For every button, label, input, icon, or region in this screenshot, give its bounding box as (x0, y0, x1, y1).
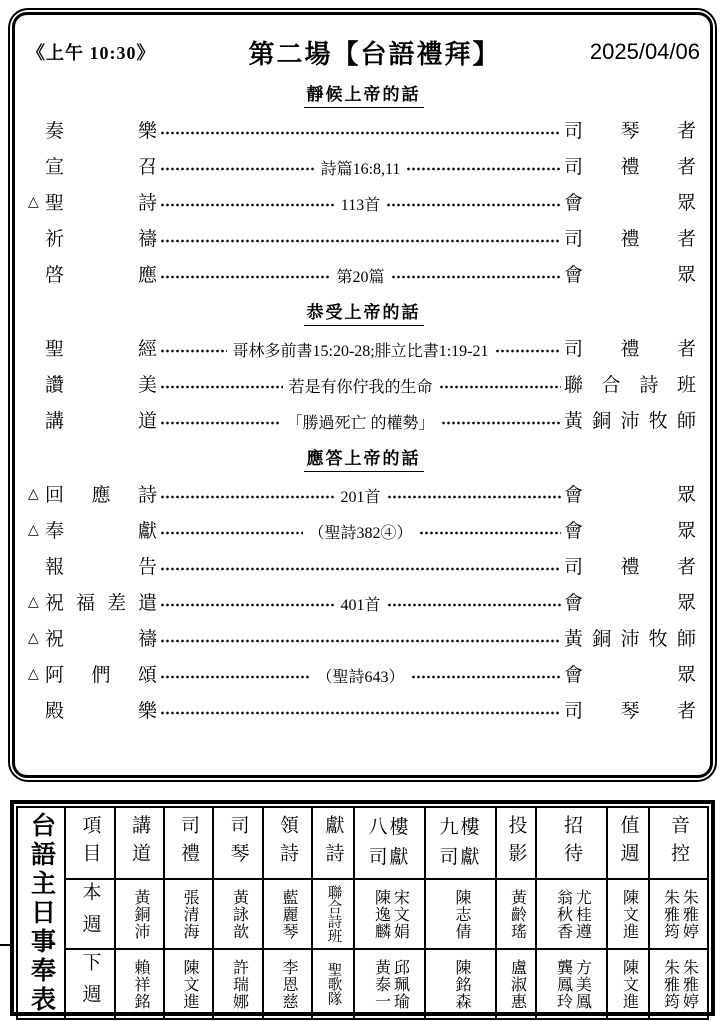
program-item-role: 司禮者 (564, 340, 696, 359)
program-item-name: △奉獻 (45, 522, 157, 541)
program-line: △阿們頌 （聖詩643） 會眾 (27, 657, 700, 693)
program-line: △聖詩 113首 會眾 (27, 185, 700, 221)
program-line: 聖經 哥林多前書15:20-28;腓立比書1:19-21 司禮者 (27, 331, 700, 367)
program-item-detail: （聖詩382④） (306, 520, 416, 543)
dot-leader (419, 531, 562, 535)
program-item-detail: 401首 (338, 592, 384, 615)
dot-leader (160, 711, 561, 715)
dot-leader (160, 385, 283, 389)
dot-leader (160, 349, 227, 353)
program-item-role: 會眾 (564, 194, 696, 213)
program-item-detail: （聖詩643） (314, 664, 408, 687)
duty-cell: 藍麗琴 (263, 879, 312, 949)
dot-leader (439, 385, 562, 389)
program-item-name: 殿樂 (45, 702, 157, 721)
column-header-item: 項目 (65, 807, 115, 879)
program-item-role: 聯合詩班 (564, 376, 696, 395)
program-item-role: 司琴者 (564, 122, 696, 141)
program-line: 祈禱 司禮者 (27, 221, 700, 257)
program-line: △祝禱 黃銅沛牧師 (27, 621, 700, 657)
duty-cell: 許瑞娜 (213, 949, 263, 1019)
dot-leader (406, 167, 561, 171)
program-line: 講道 「勝過死亡 的權勢」 黃銅沛牧師 (27, 403, 700, 439)
column-header-song-leader: 領詩 (263, 807, 312, 879)
program-header: 《上午 10:30》 第二場【台語禮拜】 2025/04/06 (27, 19, 700, 75)
column-header-sermon: 講道 (115, 807, 164, 879)
bulletin-page: 《上午 10:30》 第二場【台語禮拜】 2025/04/06 靜候上帝的話 奏… (0, 0, 725, 1021)
duty-cell: 陳文進 (164, 949, 213, 1019)
duty-cell: 黃齡瑤 (496, 879, 536, 949)
program-line: 讚美 若是有你佇我的生命 聯合詩班 (27, 367, 700, 403)
dot-leader (495, 349, 562, 353)
page-title: 第二場【台語禮拜】 (199, 34, 550, 71)
program-item-role: 會眾 (564, 666, 696, 685)
program-item-role: 會眾 (564, 522, 696, 541)
print-artifact-tick (0, 944, 11, 946)
program-box: 《上午 10:30》 第二場【台語禮拜】 2025/04/06 靜候上帝的話 奏… (8, 8, 717, 782)
program-item-role: 司禮者 (564, 158, 696, 177)
duty-cell: 陳志倩 (425, 879, 496, 949)
dot-leader (387, 495, 562, 499)
duty-cell: 黃詠歆 (213, 879, 263, 949)
program-item-role: 會眾 (564, 486, 696, 505)
program-item-role: 會眾 (564, 594, 696, 613)
dot-leader (160, 239, 561, 243)
program-item-name: 啓應 (45, 266, 157, 285)
program-line: △回應詩 201首 會眾 (27, 477, 700, 513)
program-item-detail: 「勝過死亡 的權勢」 (284, 410, 438, 433)
program-item-role: 司禮者 (564, 558, 696, 577)
program-item-detail: 201首 (338, 484, 384, 507)
section-heading: 應答上帝的話 (27, 439, 700, 477)
duty-roster-table: 台語主日事奉表 項目 講道 司禮 司琴 領詩 獻詩 八樓 司獻 九樓 司獻 投影… (10, 800, 715, 1016)
row-label-this-week: 本週 (65, 879, 115, 949)
program-item-name: 宣召 (45, 158, 157, 177)
program-item-detail: 第20篇 (334, 264, 388, 287)
program-item-role: 司禮者 (564, 230, 696, 249)
table-row-this-week: 本週 黃銅沛 張清海 黃詠歆 藍麗琴 聯合詩班 宋文娟 陳逸麟 陳志倩 黃齡瑤 … (17, 879, 708, 949)
program-item-name: 講道 (45, 412, 157, 431)
program-box-inner: 《上午 10:30》 第二場【台語禮拜】 2025/04/06 靜候上帝的話 奏… (12, 12, 713, 778)
program-line: 宣召 詩篇16:8,11 司禮者 (27, 149, 700, 185)
dot-leader (160, 203, 335, 207)
column-header-8f-offering: 八樓 司獻 (354, 807, 425, 879)
program-line: 奏樂 司琴者 (27, 113, 700, 149)
duty-cell: 賴祥銘 (115, 949, 164, 1019)
dot-leader (160, 421, 281, 425)
program-item-name: △聖詩 (45, 194, 157, 213)
dot-leader (386, 203, 561, 207)
column-header-ushers: 招待 (536, 807, 607, 879)
program-item-detail: 哥林多前書15:20-28;腓立比書1:19-21 (230, 338, 492, 361)
program-item-detail: 詩篇16:8,11 (318, 156, 404, 179)
duty-cell: 陳文進 (607, 949, 649, 1019)
duty-cell: 陳文進 (607, 879, 649, 949)
column-header-pianist: 司琴 (213, 807, 263, 879)
service-date: 2025/04/06 (550, 39, 700, 65)
row-label-next-week: 下週 (65, 949, 115, 1019)
dot-leader (391, 275, 562, 279)
duty-cell: 李恩慈 (263, 949, 312, 1019)
duty-cell: 盧淑惠 (496, 949, 536, 1019)
column-header-audio: 音控 (649, 807, 708, 879)
dot-leader (160, 639, 561, 643)
dot-leader (160, 603, 335, 607)
program-item-name: 讚美 (45, 376, 157, 395)
program-item-role: 黃銅沛牧師 (564, 412, 696, 431)
program-line: 啓應 第20篇 會眾 (27, 257, 700, 293)
program-item-role: 會眾 (564, 266, 696, 285)
duty-cell: 朱雅婷 朱雅筠 (649, 949, 708, 1019)
program-item-role: 黃銅沛牧師 (564, 630, 696, 649)
dot-leader (160, 495, 335, 499)
stand-triangle-icon: △ (28, 488, 39, 502)
program-item-name: 報告 (45, 558, 157, 577)
dot-leader (387, 603, 562, 607)
dot-leader (441, 421, 562, 425)
duty-cell: 黃銅沛 (115, 879, 164, 949)
dot-leader (160, 275, 331, 279)
service-time: 《上午 10:30》 (27, 39, 199, 65)
column-header-9f-offering: 九樓 司獻 (425, 807, 496, 879)
column-header-liturgist: 司禮 (164, 807, 213, 879)
section-heading: 靜候上帝的話 (27, 75, 700, 113)
program-item-name: △祝禱 (45, 630, 157, 649)
dot-leader (160, 675, 311, 679)
table-row-next-week: 下週 賴祥銘 陳文進 許瑞娜 李恩慈 聖歌隊 邱珮瑜 黃泰一 陳銘森 盧淑惠 方… (17, 949, 708, 1019)
program-item-name: △回應詩 (45, 486, 157, 505)
program-item-name: 祈禱 (45, 230, 157, 249)
stand-triangle-icon: △ (28, 596, 39, 610)
duty-cell: 聯合詩班 (312, 879, 354, 949)
dot-leader (160, 567, 561, 571)
program-line: 殿樂 司琴者 (27, 693, 700, 729)
stand-triangle-icon: △ (28, 524, 39, 538)
duty-cell: 方美鳳 龔鳳玲 (536, 949, 607, 1019)
program-item-name: 聖經 (45, 340, 157, 359)
duty-cell: 宋文娟 陳逸麟 (354, 879, 425, 949)
section-heading: 恭受上帝的話 (27, 293, 700, 331)
duty-cell: 朱雅婷 朱雅筠 (649, 879, 708, 949)
column-header-duty-week: 值週 (607, 807, 649, 879)
program-item-name: △阿們頌 (45, 666, 157, 685)
stand-triangle-icon: △ (28, 632, 39, 646)
program-item-name: △祝福差遣 (45, 594, 157, 613)
dot-leader (160, 531, 303, 535)
duty-cell: 張清海 (164, 879, 213, 949)
program-item-detail: 113首 (338, 192, 383, 215)
column-header-projection: 投影 (496, 807, 536, 879)
stand-triangle-icon: △ (28, 668, 39, 682)
dot-leader (411, 675, 562, 679)
program-line: 報告 司禮者 (27, 549, 700, 585)
stand-triangle-icon: △ (28, 196, 39, 210)
program-item-detail: 若是有你佇我的生命 (286, 374, 436, 397)
duty-cell: 尤桂遵 翁秋香 (536, 879, 607, 949)
program-item-role: 司琴者 (564, 702, 696, 721)
duty-cell: 邱珮瑜 黃泰一 (354, 949, 425, 1019)
column-header-anthem: 獻詩 (312, 807, 354, 879)
dot-leader (160, 167, 315, 171)
duty-cell: 陳銘森 (425, 949, 496, 1019)
duty-table-title: 台語主日事奉表 (17, 807, 65, 1019)
program-line: △祝福差遣 401首 會眾 (27, 585, 700, 621)
dot-leader (160, 131, 561, 135)
program-item-name: 奏樂 (45, 122, 157, 141)
duty-cell: 聖歌隊 (312, 949, 354, 1019)
program-line: △奉獻 （聖詩382④） 會眾 (27, 513, 700, 549)
